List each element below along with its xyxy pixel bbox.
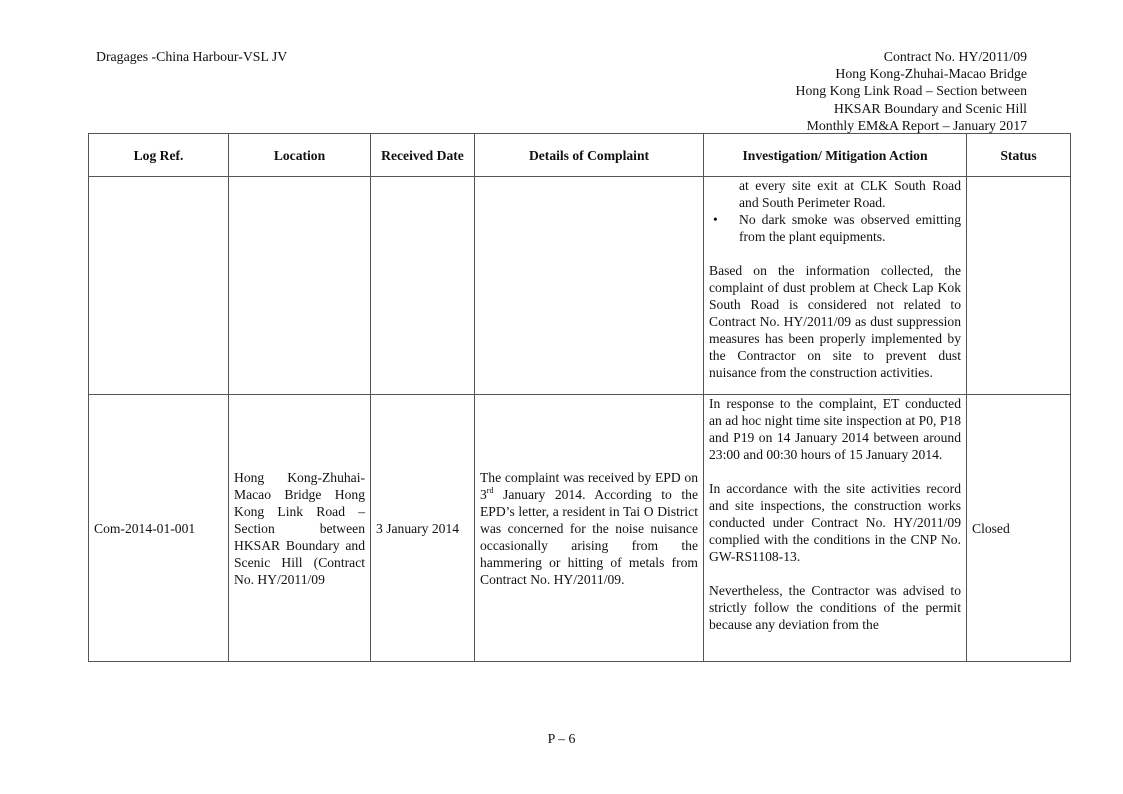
action-paragraph: Based on the information collected, the …: [709, 262, 961, 381]
cell-status: Closed: [967, 395, 1071, 662]
action-paragraph: In response to the complaint, ET conduct…: [709, 395, 961, 463]
cell-location: Hong Kong-Zhuhai-Macao Bridge Hong Kong …: [229, 395, 371, 662]
cell-details: The complaint was received by EPD on 3rd…: [475, 395, 704, 662]
complaint-log-table: Log Ref. Location Received Date Details …: [88, 133, 1071, 662]
bullet-continuation: at every site exit at CLK South Road and…: [709, 177, 961, 211]
cell-location: [229, 177, 371, 395]
cell-action: at every site exit at CLK South Road and…: [704, 177, 967, 395]
cell-status: [967, 177, 1071, 395]
list-item: • No dark smoke was observed emitting fr…: [709, 211, 961, 245]
project-section-extent: HKSAR Boundary and Scenic Hill: [796, 100, 1027, 117]
contract-number: Contract No. HY/2011/09: [796, 48, 1027, 65]
col-header-details: Details of Complaint: [475, 134, 704, 177]
project-name: Hong Kong-Zhuhai-Macao Bridge: [796, 65, 1027, 82]
action-bullet-list: • No dark smoke was observed emitting fr…: [709, 211, 961, 245]
cell-received-date: [371, 177, 475, 395]
cell-details: [475, 177, 704, 395]
col-header-received-date: Received Date: [371, 134, 475, 177]
cell-log-ref: [89, 177, 229, 395]
report-title: Monthly EM&A Report – January 2017: [796, 117, 1027, 134]
col-header-action: Investigation/ Mitigation Action: [704, 134, 967, 177]
col-header-log-ref: Log Ref.: [89, 134, 229, 177]
table-row: at every site exit at CLK South Road and…: [89, 177, 1071, 395]
table-header-row: Log Ref. Location Received Date Details …: [89, 134, 1071, 177]
company-name: Dragages -China Harbour-VSL JV: [96, 48, 287, 65]
report-header: Contract No. HY/2011/09 Hong Kong-Zhuhai…: [796, 48, 1027, 134]
details-text-continued: January 2014. According to the EPD’s let…: [480, 487, 698, 587]
cell-received-date: 3 January 2014: [371, 395, 475, 662]
table-row: Com-2014-01-001 Hong Kong-Zhuhai-Macao B…: [89, 395, 1071, 662]
bullet-text: No dark smoke was observed emitting from…: [739, 212, 961, 244]
page-number: P – 6: [0, 731, 1123, 747]
cell-action: In response to the complaint, ET conduct…: [704, 395, 967, 662]
cell-log-ref: Com-2014-01-001: [89, 395, 229, 662]
project-section: Hong Kong Link Road – Section between: [796, 82, 1027, 99]
action-paragraph: Nevertheless, the Contractor was advised…: [709, 582, 961, 633]
action-paragraph: In accordance with the site activities r…: [709, 480, 961, 565]
col-header-status: Status: [967, 134, 1071, 177]
bullet-icon: •: [713, 211, 718, 228]
col-header-location: Location: [229, 134, 371, 177]
